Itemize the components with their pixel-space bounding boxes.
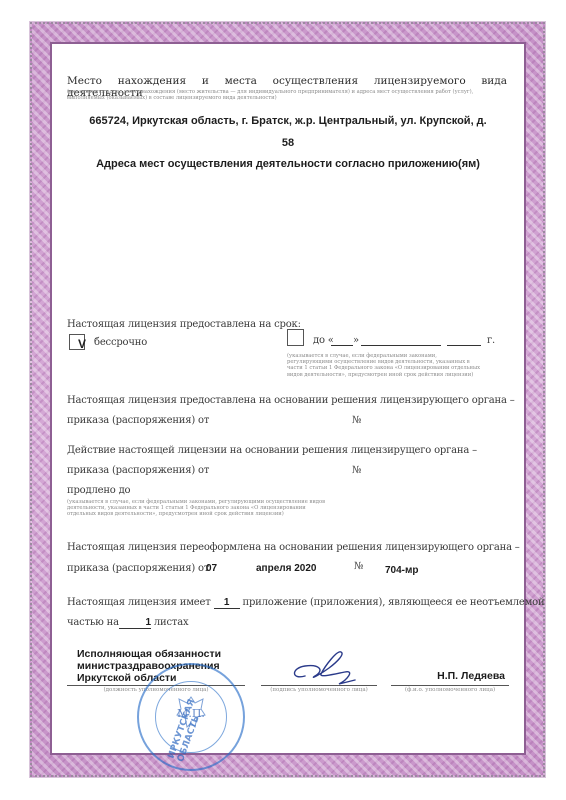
- check-mark-icon: V: [78, 337, 86, 351]
- appendix-suffix: приложение (приложения), являющееся ее н…: [243, 597, 545, 608]
- license-page: Место нахождения и места осуществления л…: [53, 45, 523, 752]
- extended-prolonged: продлено до: [67, 485, 130, 496]
- address-line-2: 58: [53, 137, 523, 149]
- appendix-count: 1: [214, 597, 240, 609]
- reissued-order-number: 704-мр: [385, 565, 419, 576]
- extended-number-sign: №: [352, 465, 361, 476]
- until-note: (указывается в случае, если федеральными…: [287, 353, 483, 378]
- until-day-field[interactable]: [331, 345, 353, 346]
- appendix-part-prefix: частью на: [67, 617, 119, 628]
- signatory-name: Н.П. Ледяева: [393, 670, 505, 682]
- address-line-3: Адреса мест осуществления деятельности с…: [53, 158, 523, 170]
- extended-note: (указывается в случае, если федеральными…: [67, 499, 327, 518]
- granted-number-sign: №: [352, 415, 361, 426]
- indefinite-label: бессрочно: [94, 337, 147, 348]
- position-line-1: Исполняющая обязанности: [77, 648, 221, 660]
- granted-line-1: Настоящая лицензия предоставлена на осно…: [67, 395, 515, 406]
- name-caption: (ф.и.о. уполномоченного лица): [391, 687, 509, 693]
- until-checkbox[interactable]: [287, 329, 304, 346]
- extended-line-1: Действие настоящей лицензии на основании…: [67, 445, 477, 456]
- name-underline: [391, 685, 509, 686]
- until-year-suffix: г.: [487, 335, 495, 346]
- address-line-1: 665724, Иркутская область, г. Братск, ж.…: [53, 115, 523, 127]
- appendix-sheets: 1: [119, 617, 151, 629]
- reissued-number-sign: №: [354, 561, 363, 572]
- signature-underline: [261, 685, 377, 686]
- reissued-month-year: апреля 2020: [256, 563, 316, 574]
- until-year-field[interactable]: [447, 345, 481, 346]
- location-note: (указываются адрес места нахождения (мес…: [67, 89, 507, 101]
- handwritten-signature: [285, 650, 375, 690]
- appendix-sheets-line: частью на1 листах: [67, 617, 188, 629]
- until-option[interactable]: до « » г.: [287, 329, 517, 349]
- appendix-sheets-suffix: листах: [154, 617, 189, 628]
- extended-line-2: приказа (распоряжения) от: [67, 465, 209, 476]
- official-stamp: М.П. ИРКУТСКАЯ ОБЛАСТЬ: [137, 663, 245, 771]
- signature-caption: (подпись уполномоченного лица): [261, 687, 377, 693]
- term-label: Настоящая лицензия предоставлена на срок…: [67, 319, 301, 330]
- until-month-field[interactable]: [361, 345, 441, 346]
- until-quote-close: »: [353, 335, 359, 346]
- appendix-prefix: Настоящая лицензия имеет: [67, 597, 211, 608]
- appendix-line: Настоящая лицензия имеет 1 приложение (п…: [67, 597, 544, 609]
- reissued-line-1: Настоящая лицензия переоформлена на осно…: [67, 542, 520, 553]
- reissued-line-2: приказа (распоряжения) от: [67, 563, 209, 574]
- granted-line-2: приказа (распоряжения) от: [67, 415, 209, 426]
- reissued-day: 07: [206, 563, 217, 574]
